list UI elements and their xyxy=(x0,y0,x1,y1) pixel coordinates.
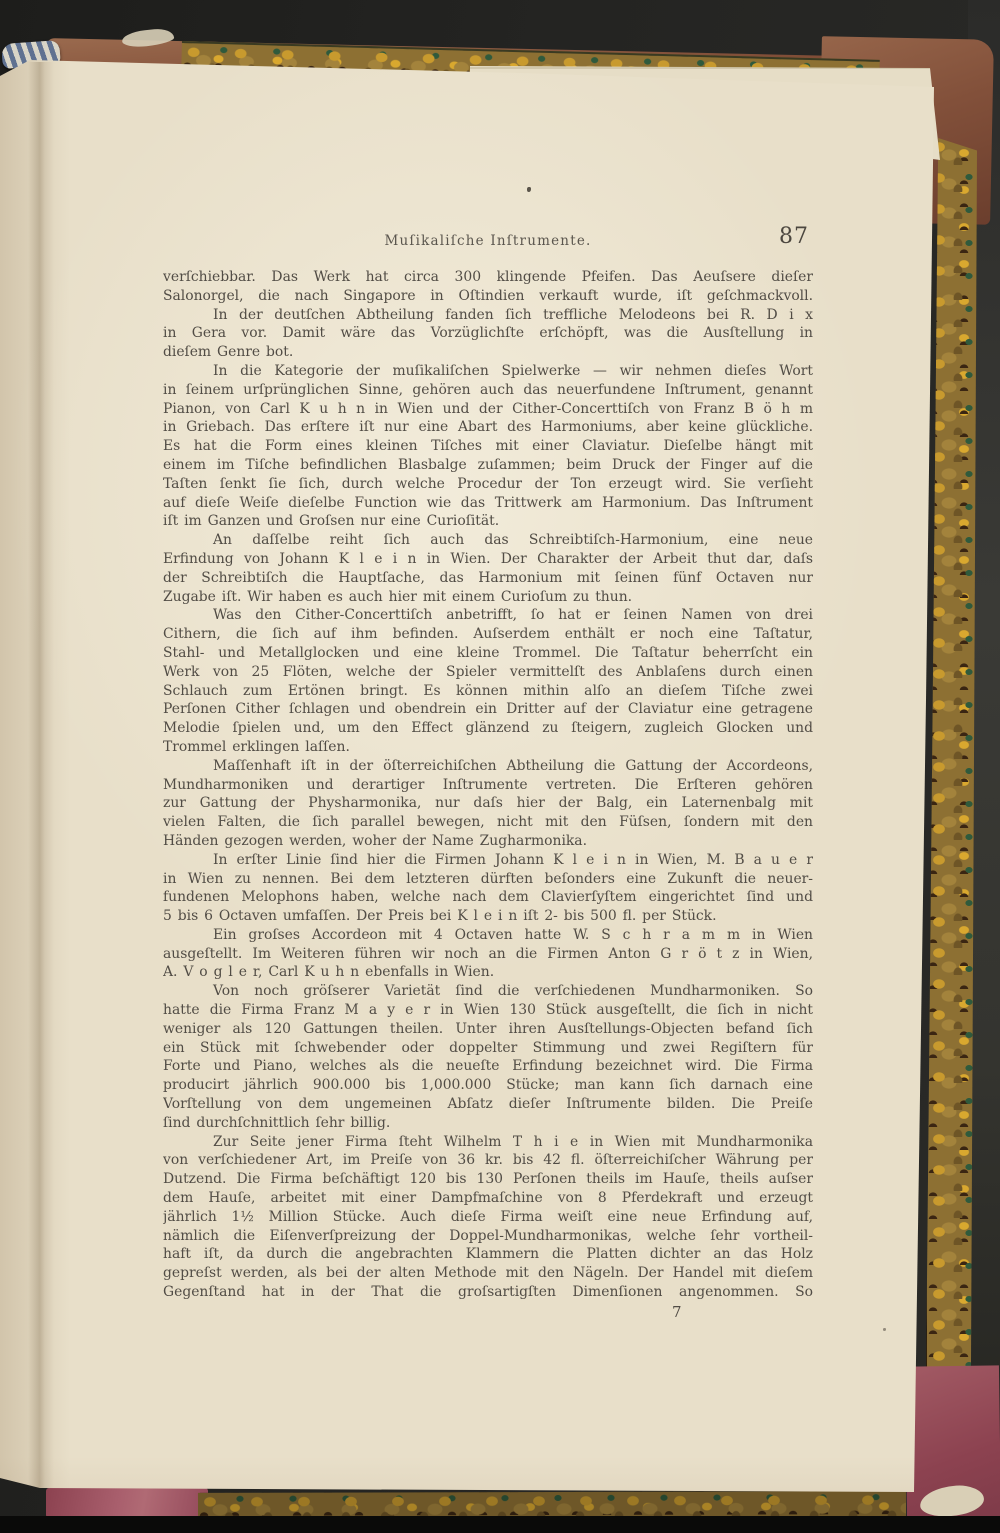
text-line: Gegenſtand hat in der That die groſsarti… xyxy=(163,1283,813,1302)
text-line: Forte und Piano, welches als die neueſte… xyxy=(163,1057,813,1076)
text-line: Erfindung von Johann K l e i n in Wien. … xyxy=(163,550,813,569)
text-line: Mundharmoniken und derartiger Inſtrument… xyxy=(163,776,813,795)
text-line: iſt im Ganzen und Groſsen nur eine Curio… xyxy=(163,512,813,531)
pink-cover-bottom-left xyxy=(46,1488,208,1518)
text-line: Perſonen Cither ſchlagen und obendrein e… xyxy=(163,700,813,719)
text-line: Werk von 25 Flöten, welche der Spieler v… xyxy=(163,663,813,682)
text-line: dieſem Genre bot. xyxy=(163,343,813,362)
text-line: Taſten ſenkt ſie ſich, durch welche Proc… xyxy=(163,475,813,494)
text-line: ſind durchſchnittlich ſehr billig. xyxy=(163,1114,813,1133)
text-line: der Schreibtiſch die Hauptſache, das Har… xyxy=(163,569,813,588)
text-line: ausgeſtellt. Im Weiteren führen wir noch… xyxy=(163,945,813,964)
text-line: gepreſst werden, als bei der alten Metho… xyxy=(163,1264,813,1283)
text-line: Salonorgel, die nach Singapore in Oſtind… xyxy=(163,287,813,306)
text-line: Trommel erklingen laſſen. xyxy=(163,738,813,757)
text-line: Von noch gröſserer Varietät ſind die ver… xyxy=(163,982,813,1001)
text-line: Es hat die Form eines kleinen Tiſches mi… xyxy=(163,437,813,456)
text-line: Dutzend. Die Firma beſchäftigt 120 bis 1… xyxy=(163,1170,813,1189)
text-line: dem Hauſe, arbeitet mit einer Dampfmaſch… xyxy=(163,1189,813,1208)
text-line: In der deutſchen Abtheilung fanden ſich … xyxy=(163,306,813,325)
signature-mark: 7 xyxy=(672,1303,682,1321)
text-line: auf dieſe Weiſe dieſelbe Function wie da… xyxy=(163,494,813,513)
page-content: Muſikaliſche Inſtrumente. 87 verſchiebba… xyxy=(163,228,813,258)
text-line: in Griebach. Das erſtere iſt nur eine Ab… xyxy=(163,418,813,437)
text-line: in Wien zu nennen. Bei dem letzteren dür… xyxy=(163,870,813,889)
text-line: in ſeinem urſprünglichen Sinne, gehören … xyxy=(163,381,813,400)
text-line: Händen gezogen werden, woher der Name Zu… xyxy=(163,832,813,851)
page-number: 87 xyxy=(779,224,809,249)
text-line: jährlich 1½ Million Stücke. Auch dieſe F… xyxy=(163,1208,813,1227)
text-line: weniger als 120 Gattungen theilen. Unter… xyxy=(163,1020,813,1039)
text-line: In erſter Linie ſind hier die Firmen Joh… xyxy=(163,851,813,870)
text-line: Ein groſses Accordeon mit 4 Octaven hatt… xyxy=(163,926,813,945)
text-line: A. V o g l e r, Carl K u h n ebenfalls i… xyxy=(163,963,813,982)
text-line: einem im Tiſche befindlichen Blasbalge z… xyxy=(163,456,813,475)
text-line: An daſſelbe reiht ſich auch das Schreibt… xyxy=(163,531,813,550)
marbled-right-edge xyxy=(926,138,977,1386)
background-bottom-shade xyxy=(0,1516,1000,1533)
text-line: Vorſtellung von dem ungemeinen Abſatz di… xyxy=(163,1095,813,1114)
text-line: 5 bis 6 Octaven umfaſſen. Der Preis bei … xyxy=(163,907,813,926)
text-line: in Gera vor. Damit wäre das Vorzüglichſt… xyxy=(163,324,813,343)
page-header: Muſikaliſche Inſtrumente. 87 xyxy=(163,228,813,258)
running-title: Muſikaliſche Inſtrumente. xyxy=(163,233,813,249)
text-line: vielen Falten, die ſich parallel bewegen… xyxy=(163,813,813,832)
book-photo: Muſikaliſche Inſtrumente. 87 verſchiebba… xyxy=(0,0,1000,1533)
text-line: producirt jährlich 900.000 bis 1,000.000… xyxy=(163,1076,813,1095)
text-line: In die Kategorie der muſikaliſchen Spiel… xyxy=(163,362,813,381)
text-line: nämlich die Eiſenverſpreizung der Doppel… xyxy=(163,1227,813,1246)
ink-speck xyxy=(883,1328,886,1331)
text-line: ein Stück mit ſchwebender oder doppelter… xyxy=(163,1039,813,1058)
text-line: Stahl- und Metallglocken und eine kleine… xyxy=(163,644,813,663)
body-text: verſchiebbar. Das Werk hat circa 300 kli… xyxy=(163,268,813,1302)
book-page: Muſikaliſche Inſtrumente. 87 verſchiebba… xyxy=(0,0,1000,1533)
text-line: verſchiebbar. Das Werk hat circa 300 kli… xyxy=(163,268,813,287)
text-line: Zur Seite jener Firma ſteht Wilhelm T h … xyxy=(163,1133,813,1152)
marbled-bottom-edge xyxy=(198,1491,906,1519)
text-line: Melodie ſpielen und, um den Effect glänz… xyxy=(163,719,813,738)
text-line: haft iſt, da durch die angebrachten Klam… xyxy=(163,1245,813,1264)
text-line: fundenen Melophons haben, welche nach de… xyxy=(163,888,813,907)
ink-speck xyxy=(527,187,531,192)
text-line: Pianon, von Carl K u h n in Wien und der… xyxy=(163,400,813,419)
text-line: Maſſenhaft iſt in der öſterreichiſchen A… xyxy=(163,757,813,776)
text-line: von verſchiedener Art, im Preiſe von 36 … xyxy=(163,1151,813,1170)
text-line: Cithern, die ſich auf ihm befinden. Auſs… xyxy=(163,625,813,644)
text-line: Schlauch zum Ertönen bringt. Es können m… xyxy=(163,682,813,701)
gutter-shadow xyxy=(28,62,54,1488)
text-line: zur Gattung der Physharmonika, nur daſs … xyxy=(163,794,813,813)
text-line: Zugabe iſt. Wir haben es auch hier mit e… xyxy=(163,588,813,607)
text-line: Was den Cither-Concerttiſch anbetrifft, … xyxy=(163,606,813,625)
text-line: hatte die Firma Franz M a y e r in Wien … xyxy=(163,1001,813,1020)
